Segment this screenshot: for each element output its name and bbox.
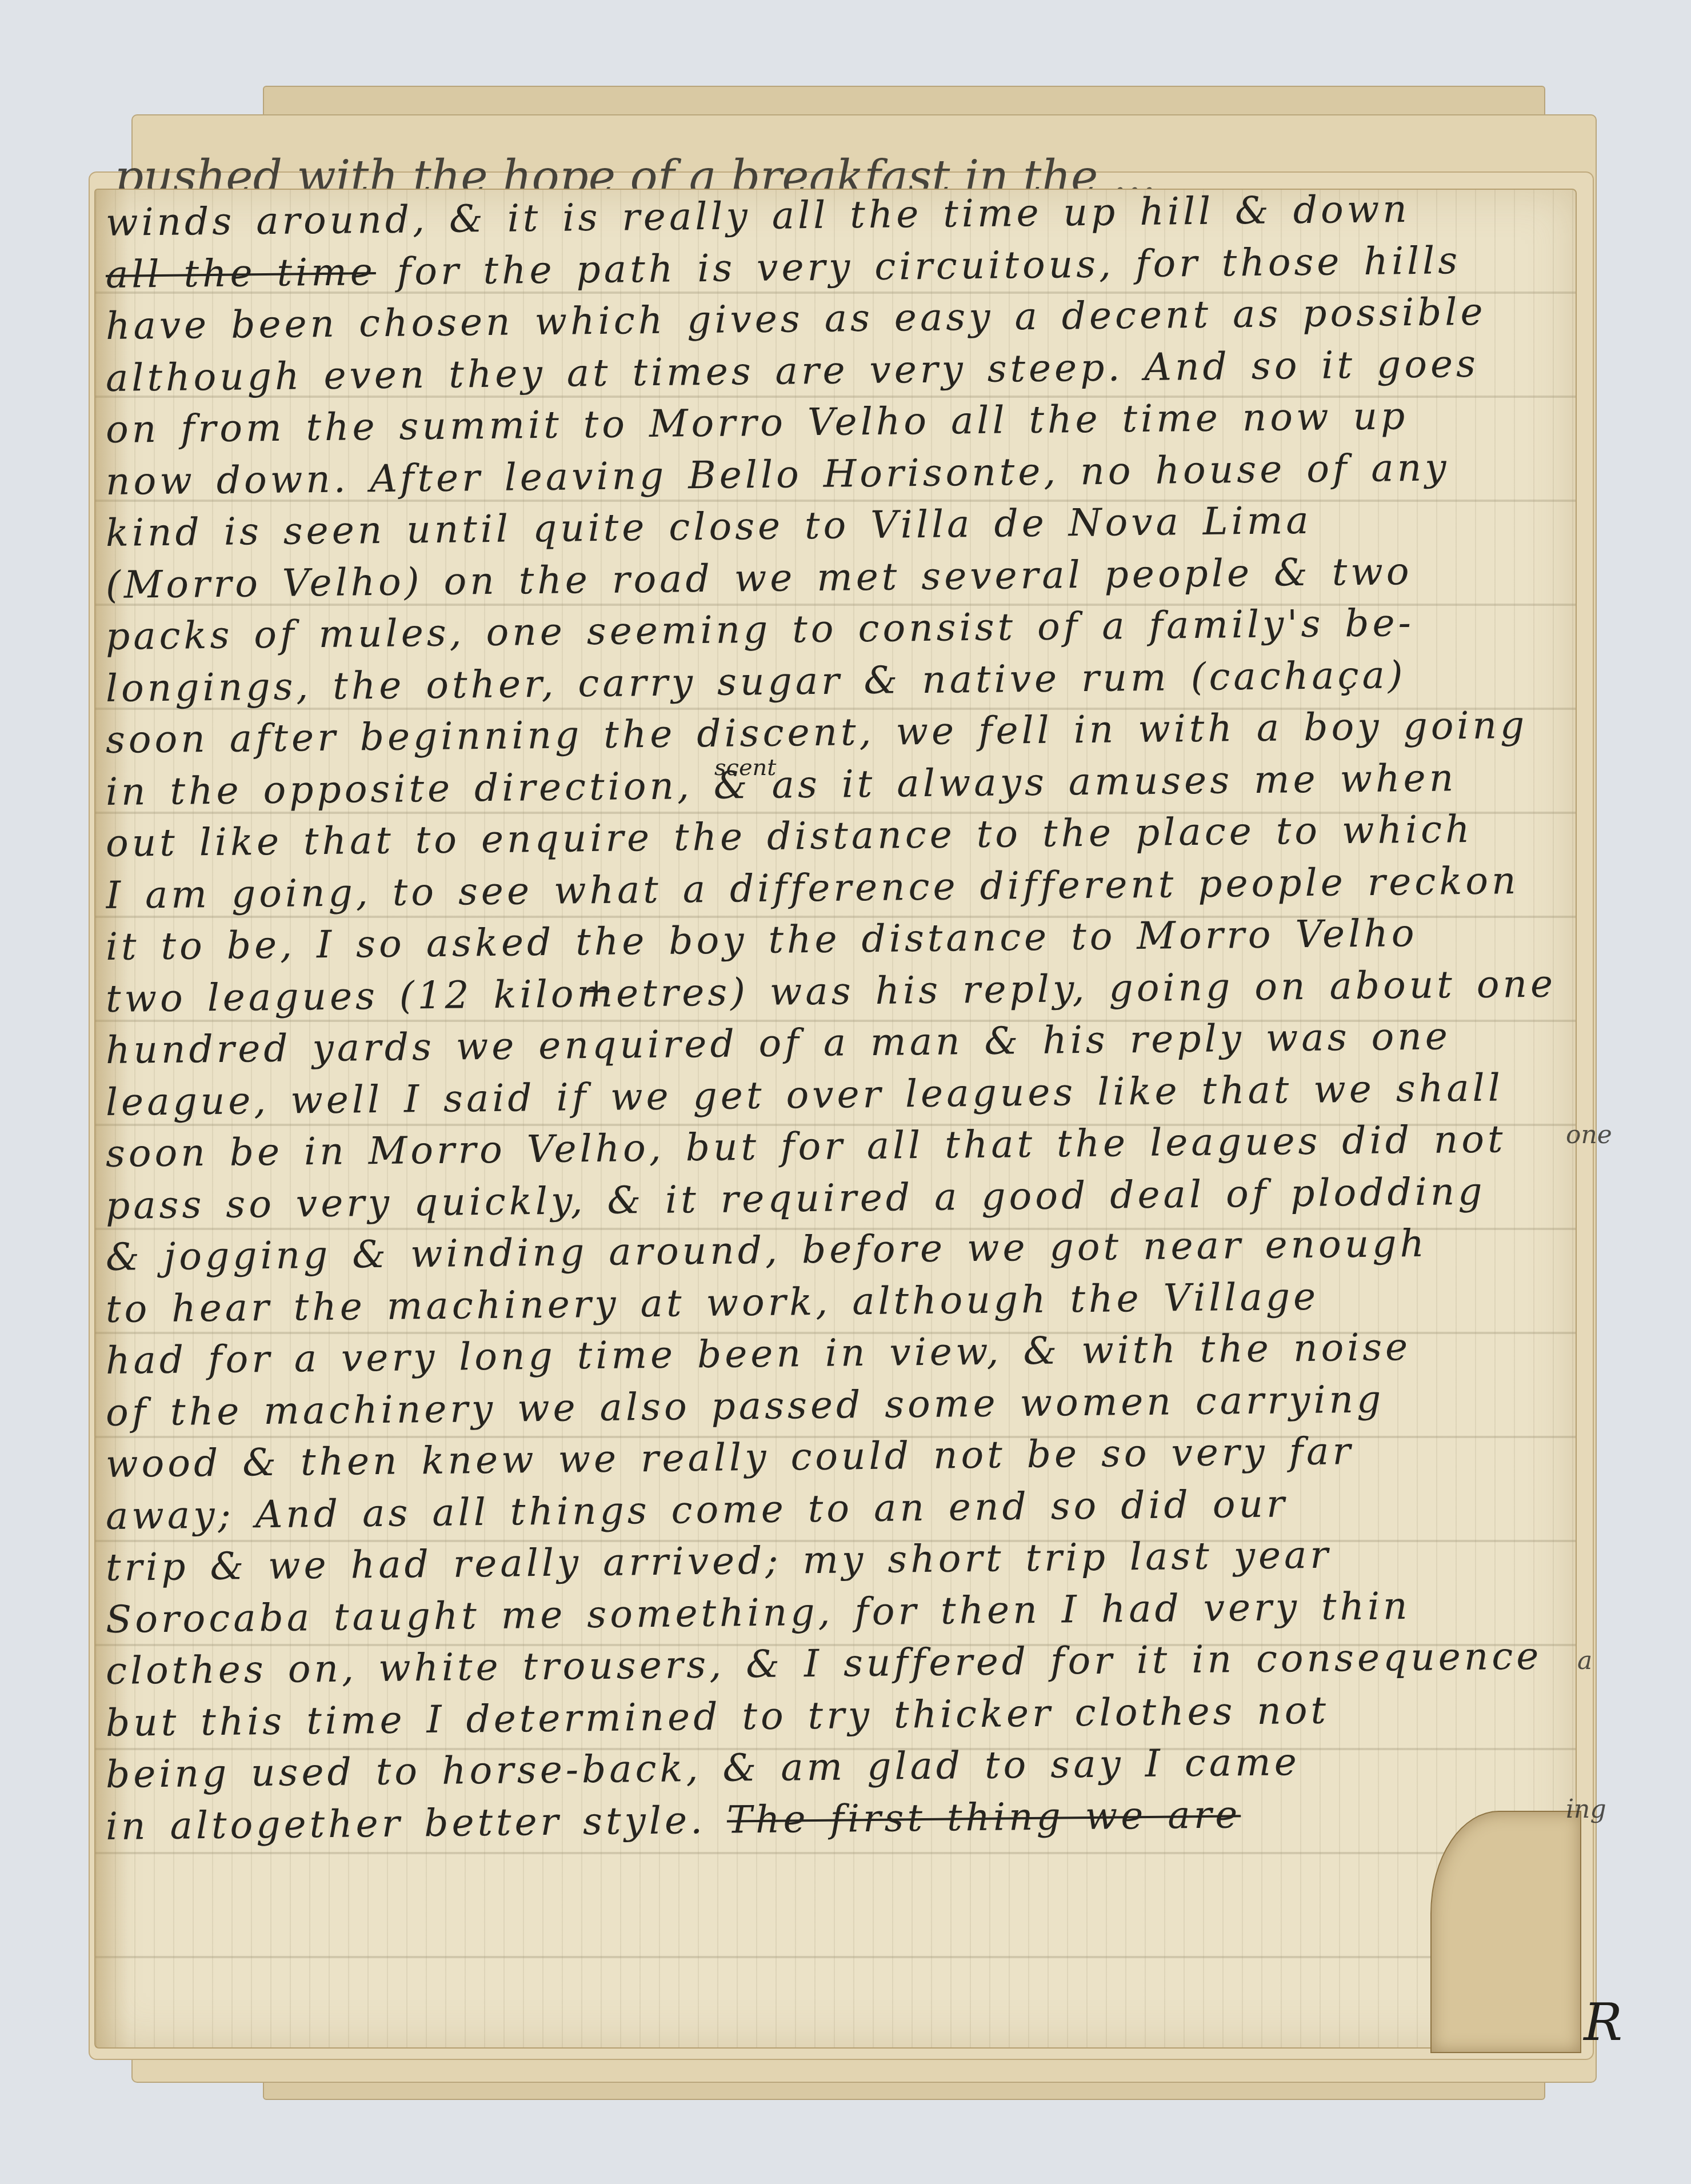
- margin-fragment: ing: [1566, 1795, 1606, 1824]
- struck-text: The first thing we are: [727, 1792, 1241, 1842]
- insertion-above-discent: scent: [714, 754, 776, 781]
- previous-sheet-text-fragment: pushed with the hope of a breakfast in t…: [114, 137, 1543, 189]
- struck-text: all the time: [106, 250, 377, 297]
- margin-fragment: one: [1566, 1120, 1612, 1149]
- handwritten-text: winds around, & it is really all the tim…: [106, 197, 1569, 1852]
- text-line-remainder: for the path is very circuitous, for tho…: [375, 238, 1461, 294]
- corner-initial-mark: R: [1584, 1993, 1622, 2053]
- insertion-caret: +: [583, 972, 610, 1009]
- margin-fragment: a: [1577, 1646, 1592, 1675]
- closing-text: in altogether better style.: [106, 1798, 706, 1848]
